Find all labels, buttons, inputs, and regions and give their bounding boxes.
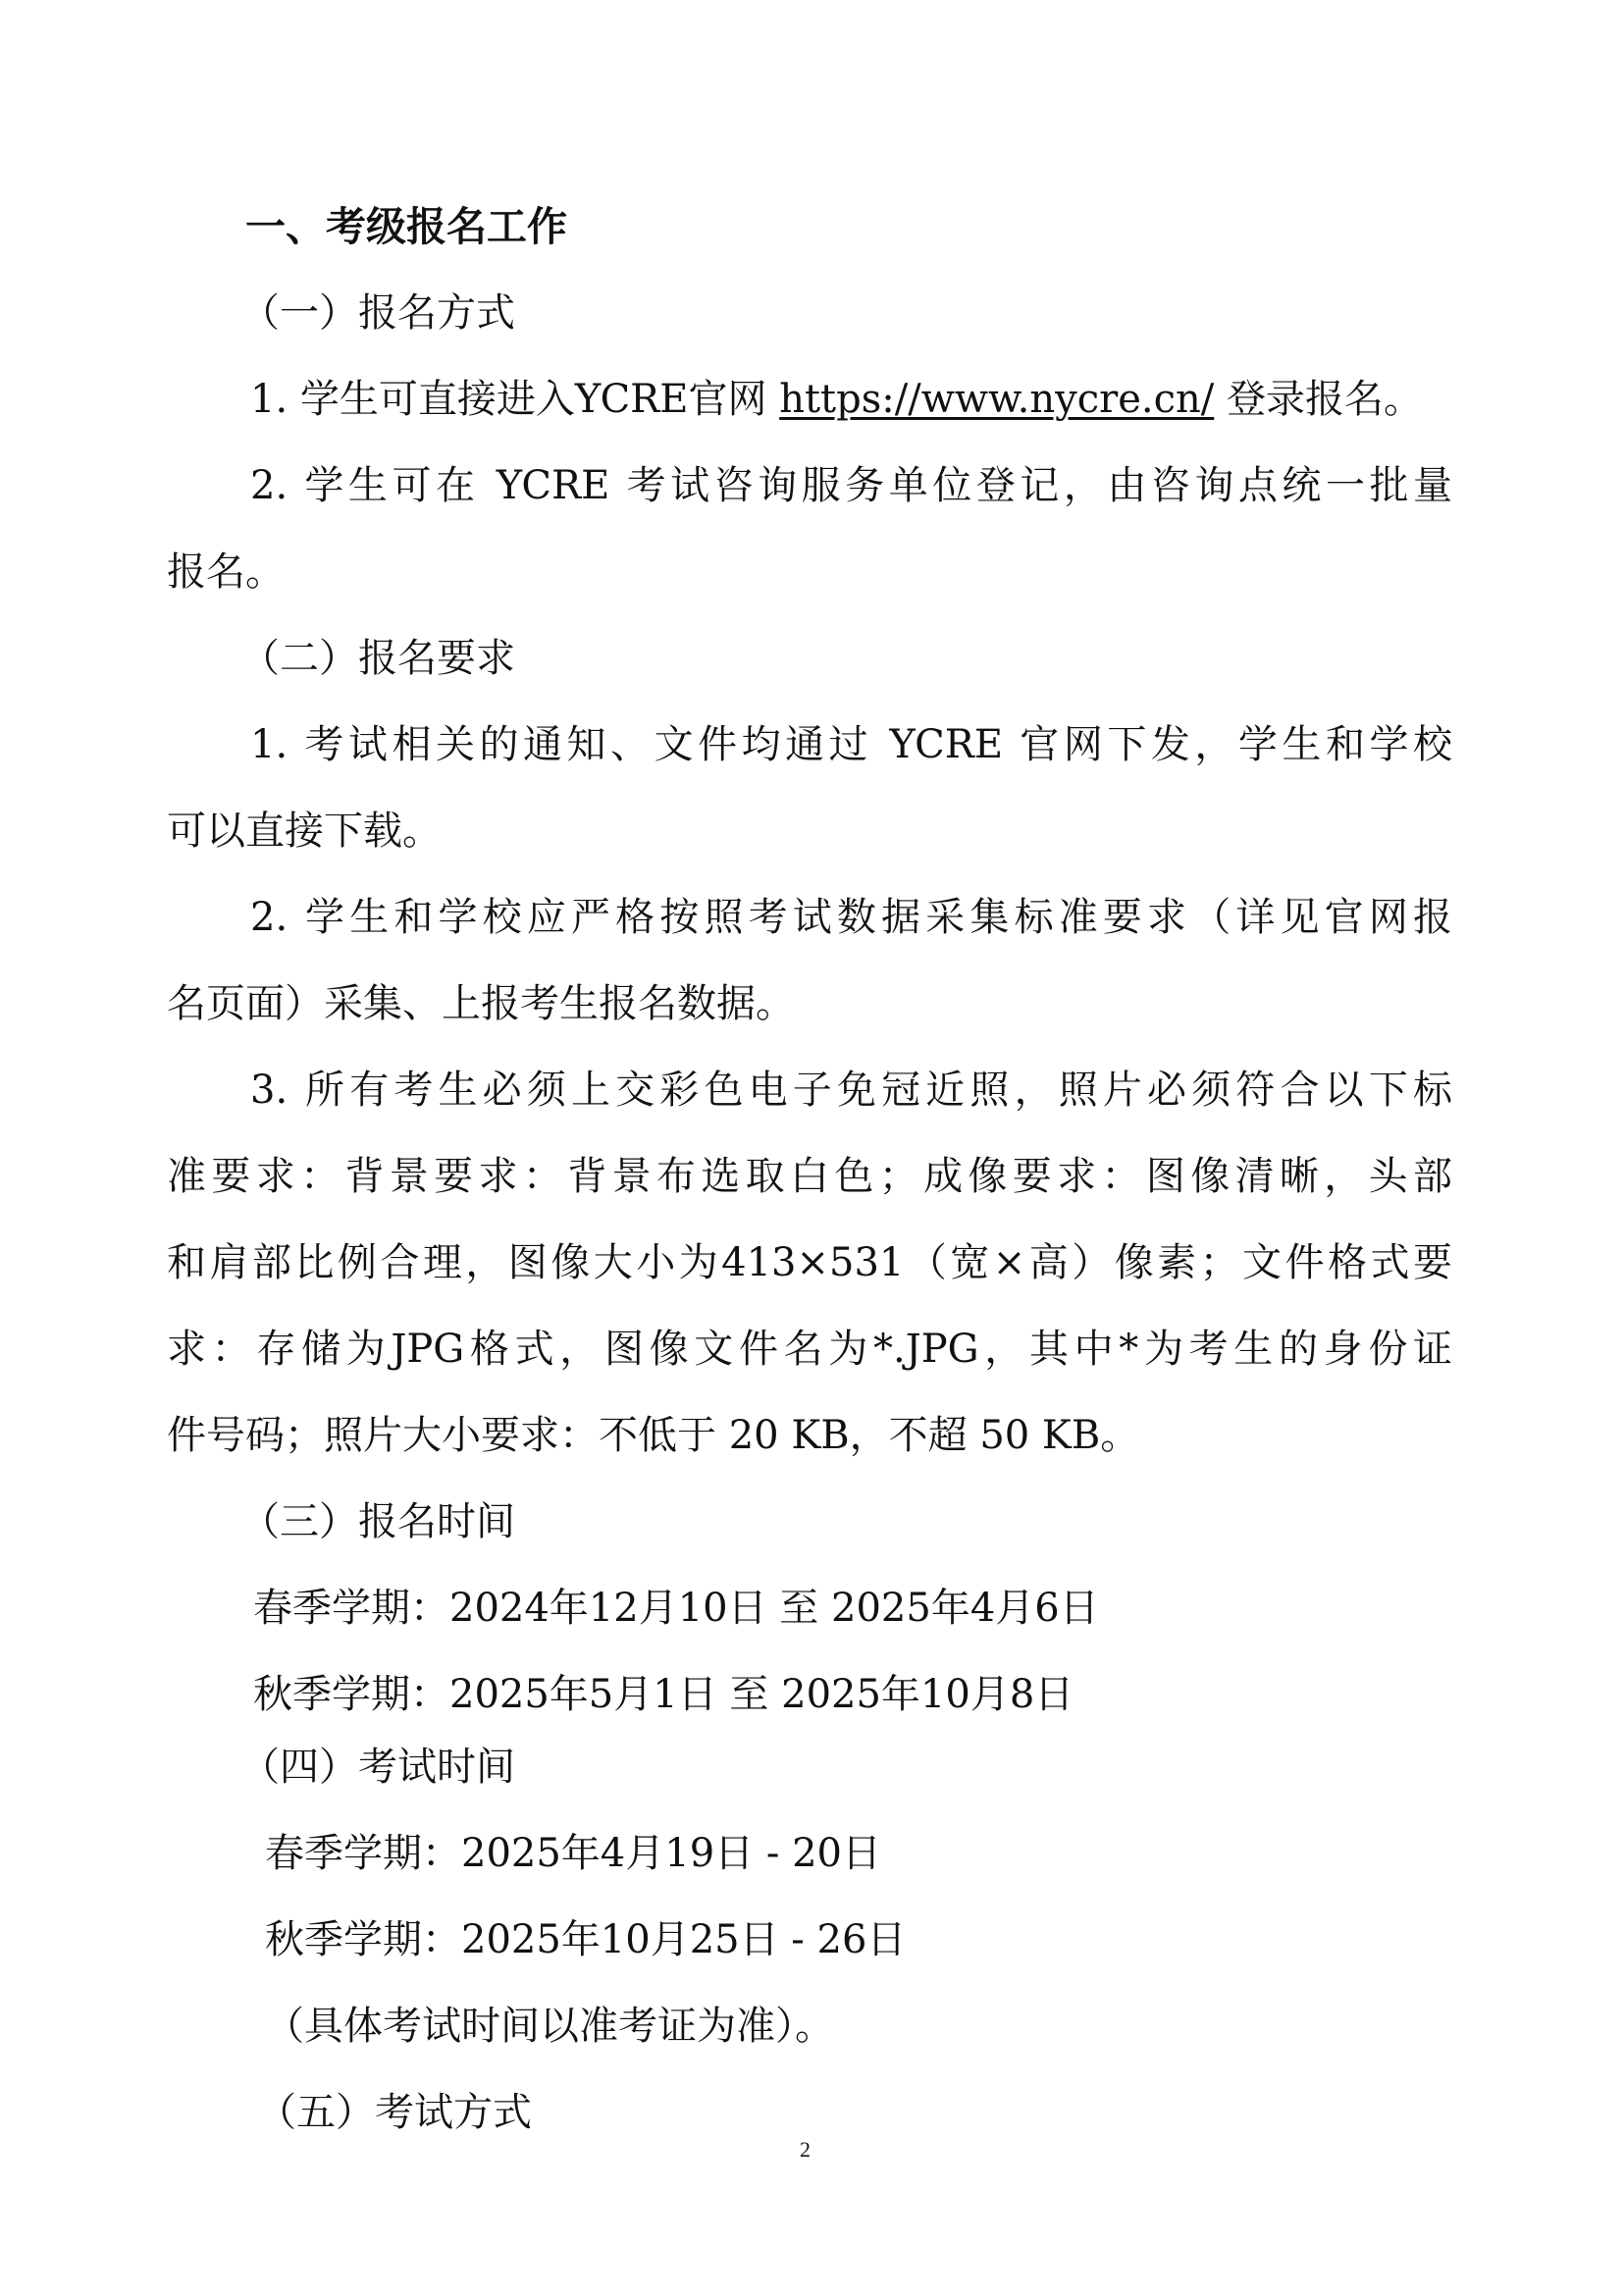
subheading-registration-requirements: （二）报名要求 xyxy=(240,633,515,684)
subheading-registration-time: （三）报名时间 xyxy=(240,1496,515,1547)
req3-line4: 求：存储为JPG格式，图像文件名为*.JPG，其中*为考生的身份证 xyxy=(167,1324,1452,1375)
registration-spring: 春季学期：2024年12月10日 至 2025年4月6日 xyxy=(253,1583,1099,1634)
req3-line2: 准要求：背景要求：背景布选取白色；成像要求：图像清晰，头部 xyxy=(167,1151,1452,1202)
req3-line1: 3. 所有考生必须上交彩色电子免冠近照，照片必须符合以下标 xyxy=(250,1065,1452,1116)
registration-autumn: 秋季学期：2025年5月1日 至 2025年10月8日 xyxy=(253,1669,1074,1720)
req2-line1: 2. 学生和学校应严格按照考试数据采集标准要求（详见官网报 xyxy=(250,892,1452,943)
subheading-registration-method: （一）报名方式 xyxy=(240,287,515,339)
subheading-exam-method: （五）考试方式 xyxy=(257,2087,532,2138)
exam-autumn: 秋季学期：2025年10月25日 - 26日 xyxy=(265,1914,906,1965)
exam-spring: 春季学期：2025年4月19日 - 20日 xyxy=(265,1828,881,1879)
req3-line3: 和肩部比例合理，图像大小为413×531（宽×高）像素；文件格式要 xyxy=(167,1237,1452,1288)
item1-text: 1. 学生可直接进入YCRE官网 xyxy=(250,377,779,422)
official-site-link[interactable]: https://www.nycre.cn/ xyxy=(779,377,1214,422)
exam-note: （具体考试时间以准考证为准）。 xyxy=(265,2001,834,2052)
req3-line5: 件号码；照片大小要求：不低于 20 KB，不超 50 KB。 xyxy=(167,1410,1139,1461)
req1-line2: 可以直接下载。 xyxy=(167,806,442,857)
paragraph-item2-line2: 报名。 xyxy=(167,547,285,598)
req1-line1: 1. 考试相关的通知、文件均通过 YCRE 官网下发，学生和学校 xyxy=(250,719,1452,770)
item1-suffix: 登录报名。 xyxy=(1214,377,1423,422)
subheading-exam-time: （四）考试时间 xyxy=(240,1742,515,1793)
req2-line2: 名页面）采集、上报考生报名数据。 xyxy=(167,978,795,1029)
paragraph-item1: 1. 学生可直接进入YCRE官网 https://www.nycre.cn/ 登… xyxy=(250,374,1423,425)
paragraph-item2-line1: 2. 学生可在 YCRE 考试咨询服务单位登记，由咨询点统一批量 xyxy=(250,460,1452,511)
section-title: 一、考级报名工作 xyxy=(245,201,567,252)
page-number: 2 xyxy=(800,2137,811,2163)
